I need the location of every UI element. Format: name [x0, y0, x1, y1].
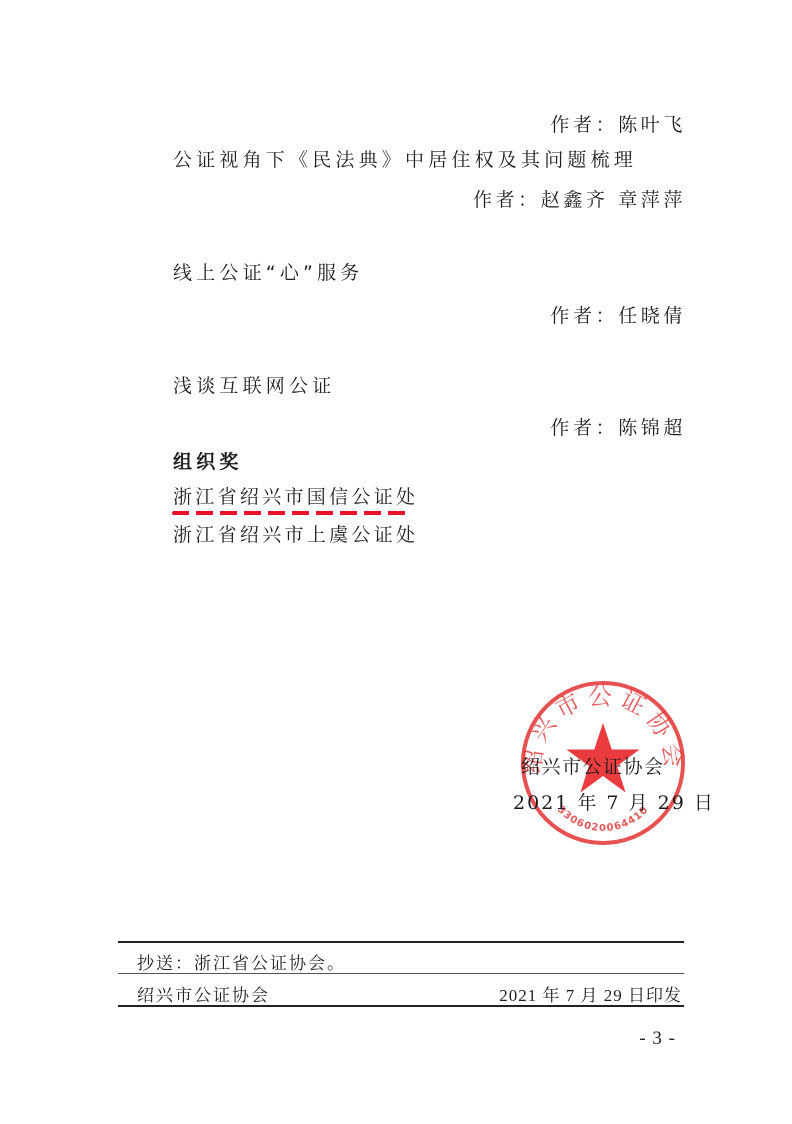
author-chen-yefei: 作者：陈叶飞: [550, 113, 686, 137]
article-title-residence-right: 公证视角下《民法典》中居住权及其问题梳理: [173, 148, 637, 172]
page-number: - 3 -: [639, 1028, 676, 1050]
signature-organization: 绍兴市公证协会: [521, 752, 665, 779]
organization-award-heading: 组织奖: [173, 450, 243, 474]
issue-date: 2021 年 7 月 29 日印发: [499, 981, 682, 1006]
author-ren-xiaoqian: 作者：任晓倩: [550, 304, 686, 328]
author-chen-jinchao: 作者：陈锦超: [550, 416, 686, 440]
footer-top-rule: [118, 941, 684, 943]
award-winner-shangyu: 浙江省绍兴市上虞公证处: [173, 523, 418, 547]
footer-bottom-rule: [118, 1005, 684, 1007]
footer-middle-rule: [118, 973, 684, 974]
article-title-online-notary: 线上公证“心”服务: [173, 261, 364, 285]
signature-date: 2021 年 7 月 29 日: [513, 788, 715, 815]
author-zhao-zhang: 作者：赵鑫齐 章萍萍: [473, 188, 686, 212]
cc-recipients: 抄送：浙江省公证协会。: [137, 949, 346, 974]
issuer-name: 绍兴市公证协会: [137, 981, 270, 1006]
article-title-internet-notary: 浅谈互联网公证: [173, 374, 335, 398]
red-dashed-highlight: [172, 511, 406, 515]
award-winner-guoxin: 浙江省绍兴市国信公证处: [173, 485, 418, 509]
